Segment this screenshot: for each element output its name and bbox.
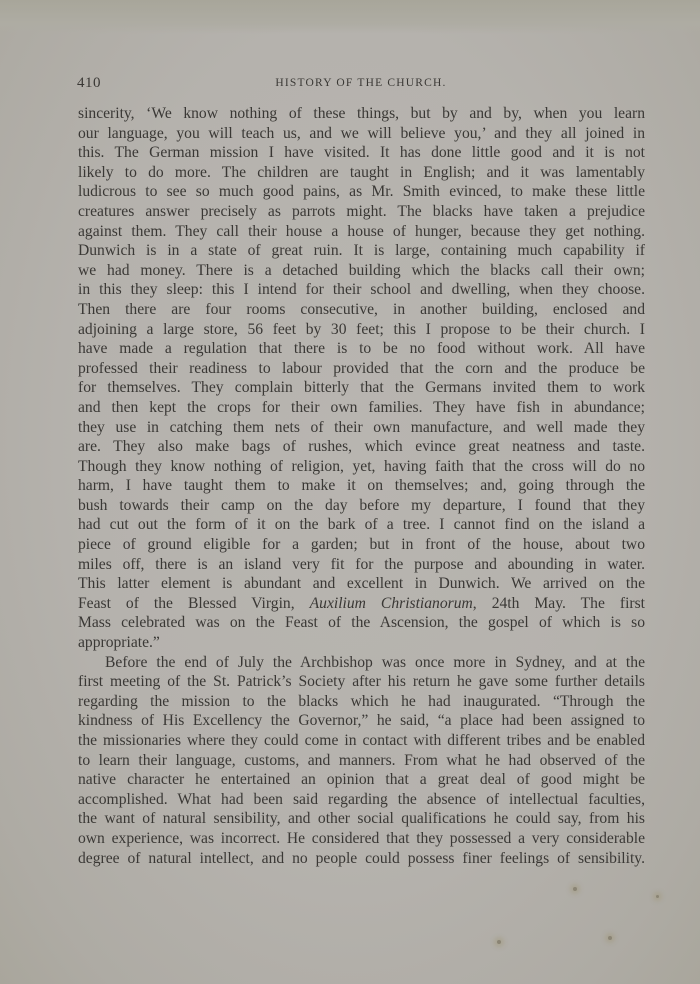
page-top-shadow <box>0 0 700 34</box>
text-line-with-italic: Feast of the Blessed Virgin, Auxilium Ch… <box>78 594 645 614</box>
text-line: for themselves. They complain bitterly t… <box>78 378 645 398</box>
text-line: the want of natural sensibility, and oth… <box>78 809 645 829</box>
italic-latin-phrase: Auxilium Christianorum <box>310 595 473 612</box>
text-line: own experience, was incorrect. He consid… <box>78 829 645 849</box>
text-line: ludicrous to see so much good pains, as … <box>78 182 645 202</box>
page-header: 410 HISTORY OF THE CHURCH. <box>77 75 645 95</box>
text-line: miles off, there is an island very fit f… <box>78 555 645 575</box>
text-line: likely to do more. The children are taug… <box>78 163 645 183</box>
text-line: regarding the mission to the blacks whic… <box>78 692 645 712</box>
text-line: Then there are four rooms consecutive, i… <box>78 300 645 320</box>
text-line: Dunwich is in a state of great ruin. It … <box>78 241 645 261</box>
text-line: they use in catching them nets of their … <box>78 418 645 438</box>
text-segment: Feast of the Blessed Virgin, <box>78 595 310 612</box>
text-line: accomplished. What had been said regardi… <box>78 790 645 810</box>
text-line: kindness of His Excellency the Governor,… <box>78 711 645 731</box>
book-page: 410 HISTORY OF THE CHURCH. sincerity, ‘W… <box>0 0 700 984</box>
foxing-spot <box>656 895 659 898</box>
text-line: are. They also make bags of rushes, whic… <box>78 437 645 457</box>
text-line: Before the end of July the Archbishop wa… <box>78 653 645 673</box>
text-line: harm, I have taught them to make it on t… <box>78 476 645 496</box>
text-line: degree of natural intellect, and no peop… <box>78 849 645 869</box>
foxing-spot <box>608 936 612 940</box>
text-line: first meeting of the St. Patrick’s Socie… <box>78 672 645 692</box>
foxing-spot <box>497 940 501 944</box>
text-line: adjoining a large store, 56 feet by 30 f… <box>78 320 645 340</box>
text-line: Though they know nothing of religion, ye… <box>78 457 645 477</box>
text-line: native character he entertained an opini… <box>78 770 645 790</box>
text-line: in this they sleep: this I intend for th… <box>78 280 645 300</box>
text-line: professed their readiness to labour prov… <box>78 359 645 379</box>
text-line: we had money. There is a detached buildi… <box>78 261 645 281</box>
text-line: this. The German mission I have visited.… <box>78 143 645 163</box>
running-head: HISTORY OF THE CHURCH. <box>77 77 645 89</box>
text-line: our language, you will teach us, and we … <box>78 124 645 144</box>
text-line: This latter element is abundant and exce… <box>78 574 645 594</box>
text-line: appropriate.” <box>78 633 645 653</box>
text-line: to learn their language, customs, and ma… <box>78 751 645 771</box>
text-line: and then kept the crops for their own fa… <box>78 398 645 418</box>
text-line: had cut out the form of it on the bark o… <box>78 515 645 535</box>
text-line: the missionaries where they could come i… <box>78 731 645 751</box>
text-segment: , 24th May. The first <box>473 595 645 612</box>
text-line: against them. They call their house a ho… <box>78 222 645 242</box>
foxing-spot <box>573 887 577 891</box>
text-line: Mass celebrated was on the Feast of the … <box>78 613 645 633</box>
body-text: sincerity, ‘We know nothing of these thi… <box>78 104 645 868</box>
text-line: creatures answer precisely as parrots mi… <box>78 202 645 222</box>
text-line: have made a regulation that there is to … <box>78 339 645 359</box>
text-line: piece of ground eligible for a garden; b… <box>78 535 645 555</box>
text-line: sincerity, ‘We know nothing of these thi… <box>78 104 645 124</box>
text-line: bush towards their camp on the day befor… <box>78 496 645 516</box>
